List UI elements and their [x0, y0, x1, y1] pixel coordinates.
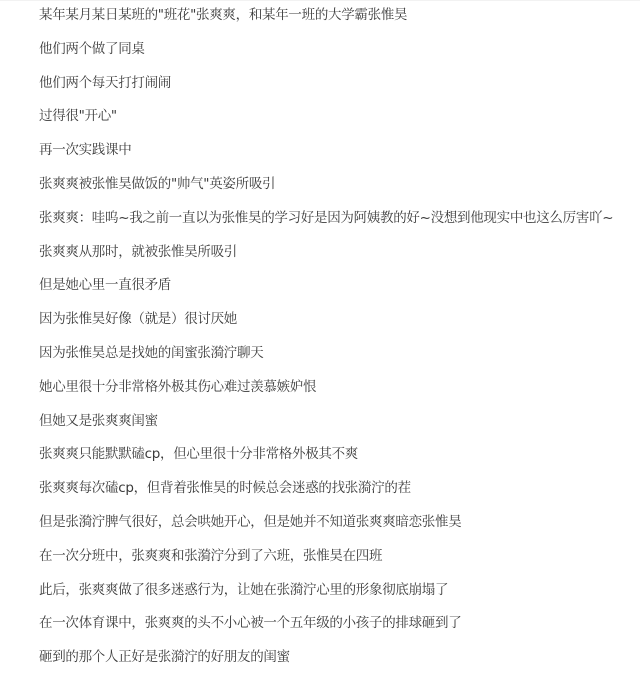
paragraph-line: 某年某月某日某班的"班花"张爽爽，和某年一班的大学霸张惟昊 — [39, 5, 639, 39]
paragraph-line: 张爽爽：哇呜~我之前一直以为张惟昊的学习好是因为阿姨教的好~没想到他现实中也这么… — [39, 208, 639, 242]
paragraph-line: 在一次体育课中，张爽爽的头不小心被一个五年级的小孩子的排球砸到了 — [39, 613, 639, 647]
top-divider — [0, 0, 640, 1]
paragraph-line: 但是张漪泞脾气很好，总会哄她开心，但是她并不知道张爽爽暗恋张惟昊 — [39, 512, 639, 546]
paragraph-line: 但是她心里一直很矛盾 — [39, 275, 639, 309]
paragraph-line: 再一次实践课中 — [39, 140, 639, 174]
paragraph-line: 因为张惟昊总是找她的闺蜜张漪泞聊天 — [39, 343, 639, 377]
paragraph-line: 张爽爽从那时，就被张惟昊所吸引 — [39, 242, 639, 276]
paragraph-line: 因为张惟昊好像（就是）很讨厌她 — [39, 309, 639, 343]
paragraph-line: 此后，张爽爽做了很多迷惑行为，让她在张漪泞心里的形象彻底崩塌了 — [39, 580, 639, 614]
paragraph-line: 张爽爽只能默默磕cp，但心里很十分非常格外极其不爽 — [39, 444, 639, 478]
paragraph-line: 她心里很十分非常格外极其伤心难过羡慕嫉妒恨 — [39, 377, 639, 411]
paragraph-line: 砸到的那个人正好是张漪泞的好朋友的闺蜜 — [39, 647, 639, 674]
paragraph-line: 他们两个每天打打闹闹 — [39, 73, 639, 107]
paragraph-line: 在一次分班中，张爽爽和张漪泞分到了六班，张惟昊在四班 — [39, 546, 639, 580]
paragraph-line: 张爽爽每次磕cp，但背着张惟昊的时候总会迷惑的找张漪泞的茬 — [39, 478, 639, 512]
article-body: 某年某月某日某班的"班花"张爽爽，和某年一班的大学霸张惟昊 他们两个做了同桌 他… — [39, 5, 639, 674]
paragraph-line: 张爽爽被张惟昊做饭的"帅气"英姿所吸引 — [39, 174, 639, 208]
paragraph-line: 但她又是张爽爽闺蜜 — [39, 411, 639, 445]
paragraph-line: 他们两个做了同桌 — [39, 39, 639, 73]
paragraph-line: 过得很"开心" — [39, 106, 639, 140]
